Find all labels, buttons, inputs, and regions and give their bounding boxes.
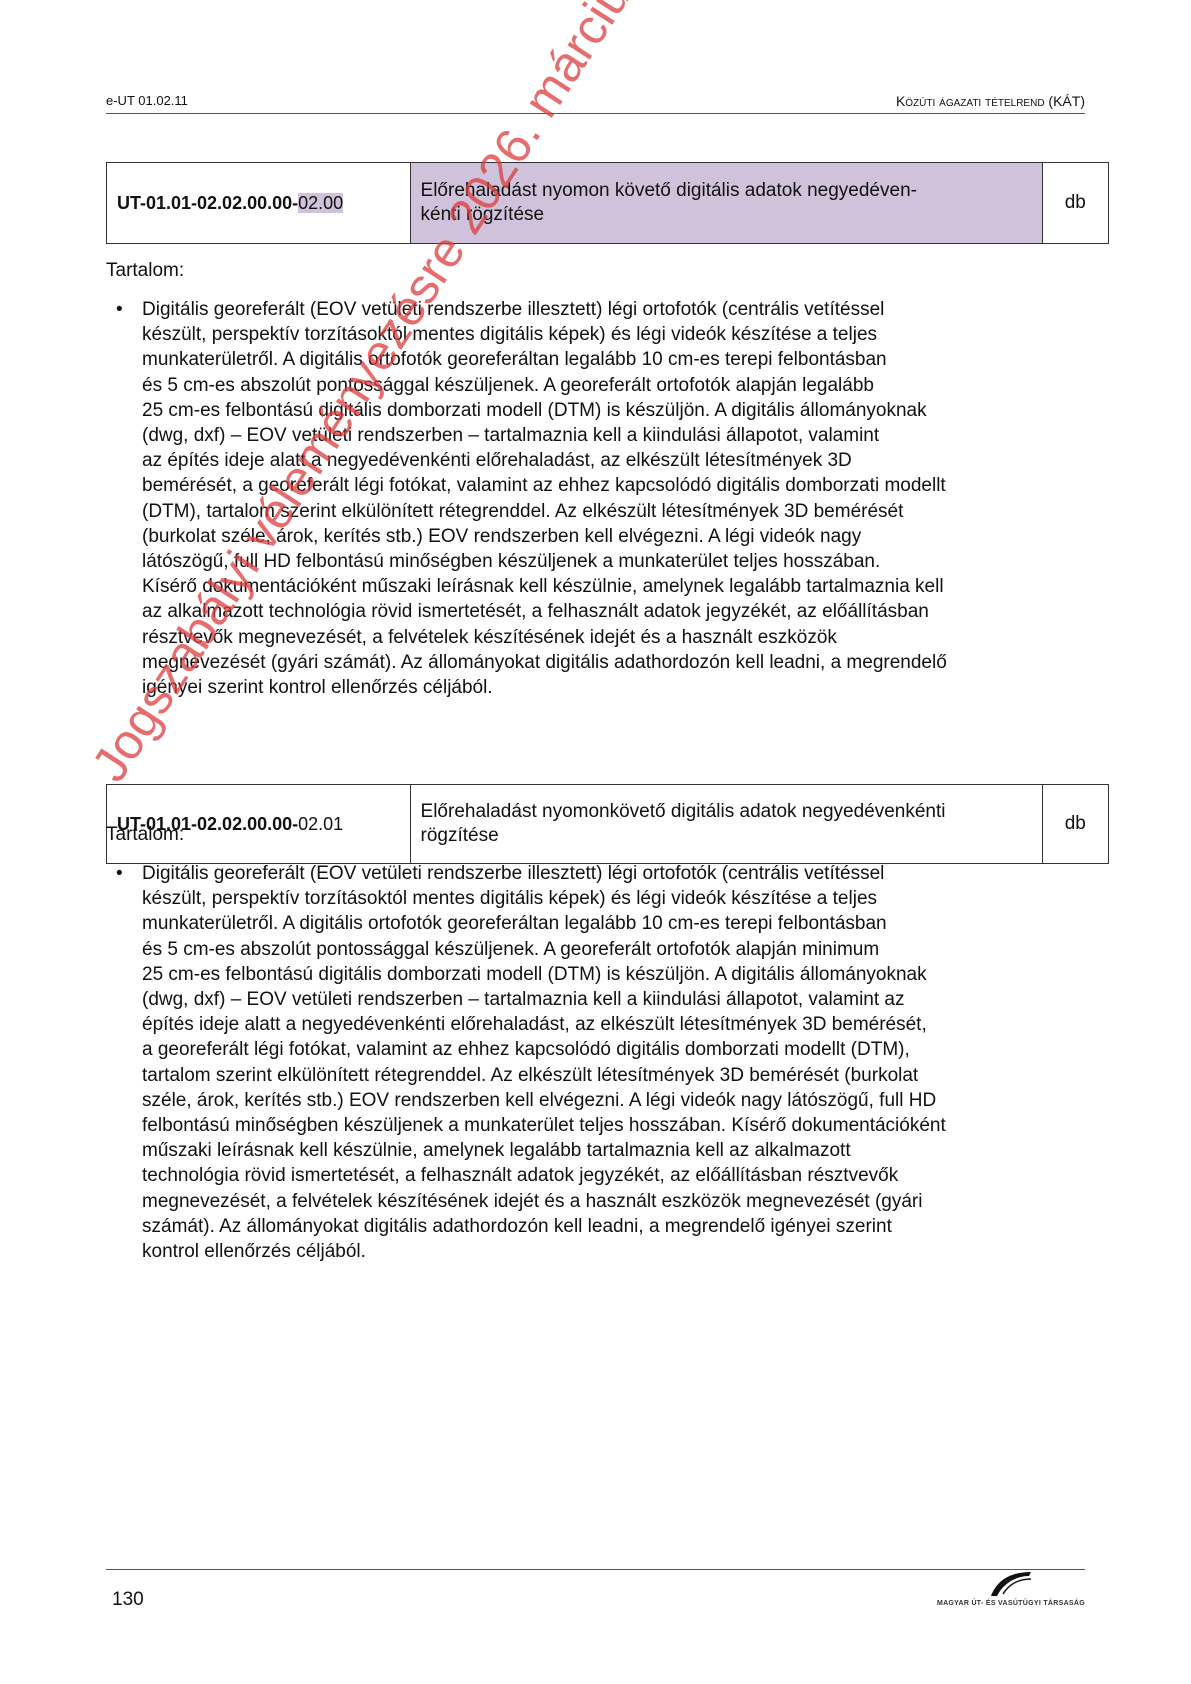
content-line: készült, perspektív torzításoktól mentes… <box>142 886 1109 911</box>
item-unit: db <box>1042 785 1108 864</box>
content-line: munkaterületről. A digitális ortofotók g… <box>142 347 1109 372</box>
content-line: műszaki leírásnak kell készülnie, amelyn… <box>142 1138 1109 1163</box>
content-bullet-item: • Digitális georeferált (EOV vetületi re… <box>142 297 1109 700</box>
page-number: 130 <box>112 1589 144 1611</box>
content-line: tartalom szerint elkülönített rétegrendd… <box>142 1063 1109 1088</box>
item-table: UT-01.01-02.02.00.00-02.01 Előrehaladást… <box>106 784 1109 864</box>
content-line: az építés ideje alatt a negyedévenkénti … <box>142 448 1109 473</box>
logo-road-icon <box>987 1570 1033 1598</box>
content-line: technológia rövid ismertetését, a felhas… <box>142 1163 1109 1188</box>
content-line: (dwg, dxf) – EOV vetületi rendszerben – … <box>142 987 1109 1012</box>
item-content: • Digitális georeferált (EOV vetületi re… <box>106 861 1109 1264</box>
content-line: (burkolat széle, árok, kerítés stb.) EOV… <box>142 524 1109 549</box>
content-line: felbontású minőségben készüljenek a munk… <box>142 1113 1109 1138</box>
item-description: Előrehaladást nyomon követő digitális ad… <box>410 163 1042 244</box>
content-line: látószögű, full HD felbontású minőségben… <box>142 549 1109 574</box>
content-line: számát). Az állományokat digitális adath… <box>142 1214 1109 1239</box>
content-line: Digitális georeferált (EOV vetületi rend… <box>142 861 1109 886</box>
content-line: megnevezését, a felvételek készítésének … <box>142 1189 1109 1214</box>
logo-text: MAGYAR ÚT- ÉS VASÚTÜGYI TÁRSASÁG <box>935 1600 1085 1607</box>
content-line: készült, perspektív torzításoktól mentes… <box>142 322 1109 347</box>
item-content: • Digitális georeferált (EOV vetületi re… <box>106 297 1109 700</box>
content-line: igényei szerint kontrol ellenőrzés céljá… <box>142 675 1109 700</box>
item-table: UT-01.01-02.02.00.00-02.00 Előrehaladást… <box>106 162 1109 244</box>
document-code: e-UT 01.02.11 <box>106 93 188 108</box>
content-line: építés ideje alatt a negyedévenkénti elő… <box>142 1012 1109 1037</box>
content-line: kontrol ellenőrzés céljából. <box>142 1239 1109 1264</box>
content-line: megnevezését (gyári számát). Az állomány… <box>142 650 1109 675</box>
content-line: munkaterületről. A digitális ortofotók g… <box>142 911 1109 936</box>
bullet-icon: • <box>116 297 123 322</box>
content-line: 25 cm-es felbontású digitális domborzati… <box>142 962 1109 987</box>
content-line: Kísérő dokumentációként műszaki leírásna… <box>142 574 1109 599</box>
content-line: és 5 cm-es abszolút pontossággal készülj… <box>142 937 1109 962</box>
content-label: Tartalom: <box>106 824 184 846</box>
content-line: bemérését, a georeferált légi fotókat, v… <box>142 473 1109 498</box>
item-code: UT-01.01-02.02.00.00-02.00 <box>107 163 411 244</box>
content-line: széle, árok, kerítés stb.) EOV rendszerb… <box>142 1088 1109 1113</box>
item-description: Előrehaladást nyomonkövető digitális ada… <box>410 785 1042 864</box>
organization-logo: MAGYAR ÚT- ÉS VASÚTÜGYI TÁRSASÁG <box>935 1570 1085 1615</box>
page-header: e-UT 01.02.11 Közúti ágazati tételrend (… <box>106 93 1085 114</box>
content-line: a georeferált légi fotókat, valamint az … <box>142 1037 1109 1062</box>
bullet-icon: • <box>116 861 123 886</box>
content-line: és 5 cm-es abszolút pontossággal készülj… <box>142 373 1109 398</box>
content-line: résztvevők megnevezését, a felvételek ké… <box>142 625 1109 650</box>
document-title: Közúti ágazati tételrend (KÁT) <box>896 93 1085 109</box>
content-bullet-item: • Digitális georeferált (EOV vetületi re… <box>142 861 1109 1264</box>
content-label: Tartalom: <box>106 260 184 282</box>
content-line: (dwg, dxf) – EOV vetületi rendszerben – … <box>142 423 1109 448</box>
content-line: az alkalmazott technológia rövid ismerte… <box>142 599 1109 624</box>
content-line: (DTM), tartalom szerint elkülönített rét… <box>142 499 1109 524</box>
content-line: 25 cm-es felbontású digitális domborzati… <box>142 398 1109 423</box>
content-line: Digitális georeferált (EOV vetületi rend… <box>142 297 1109 322</box>
item-unit: db <box>1042 163 1108 244</box>
